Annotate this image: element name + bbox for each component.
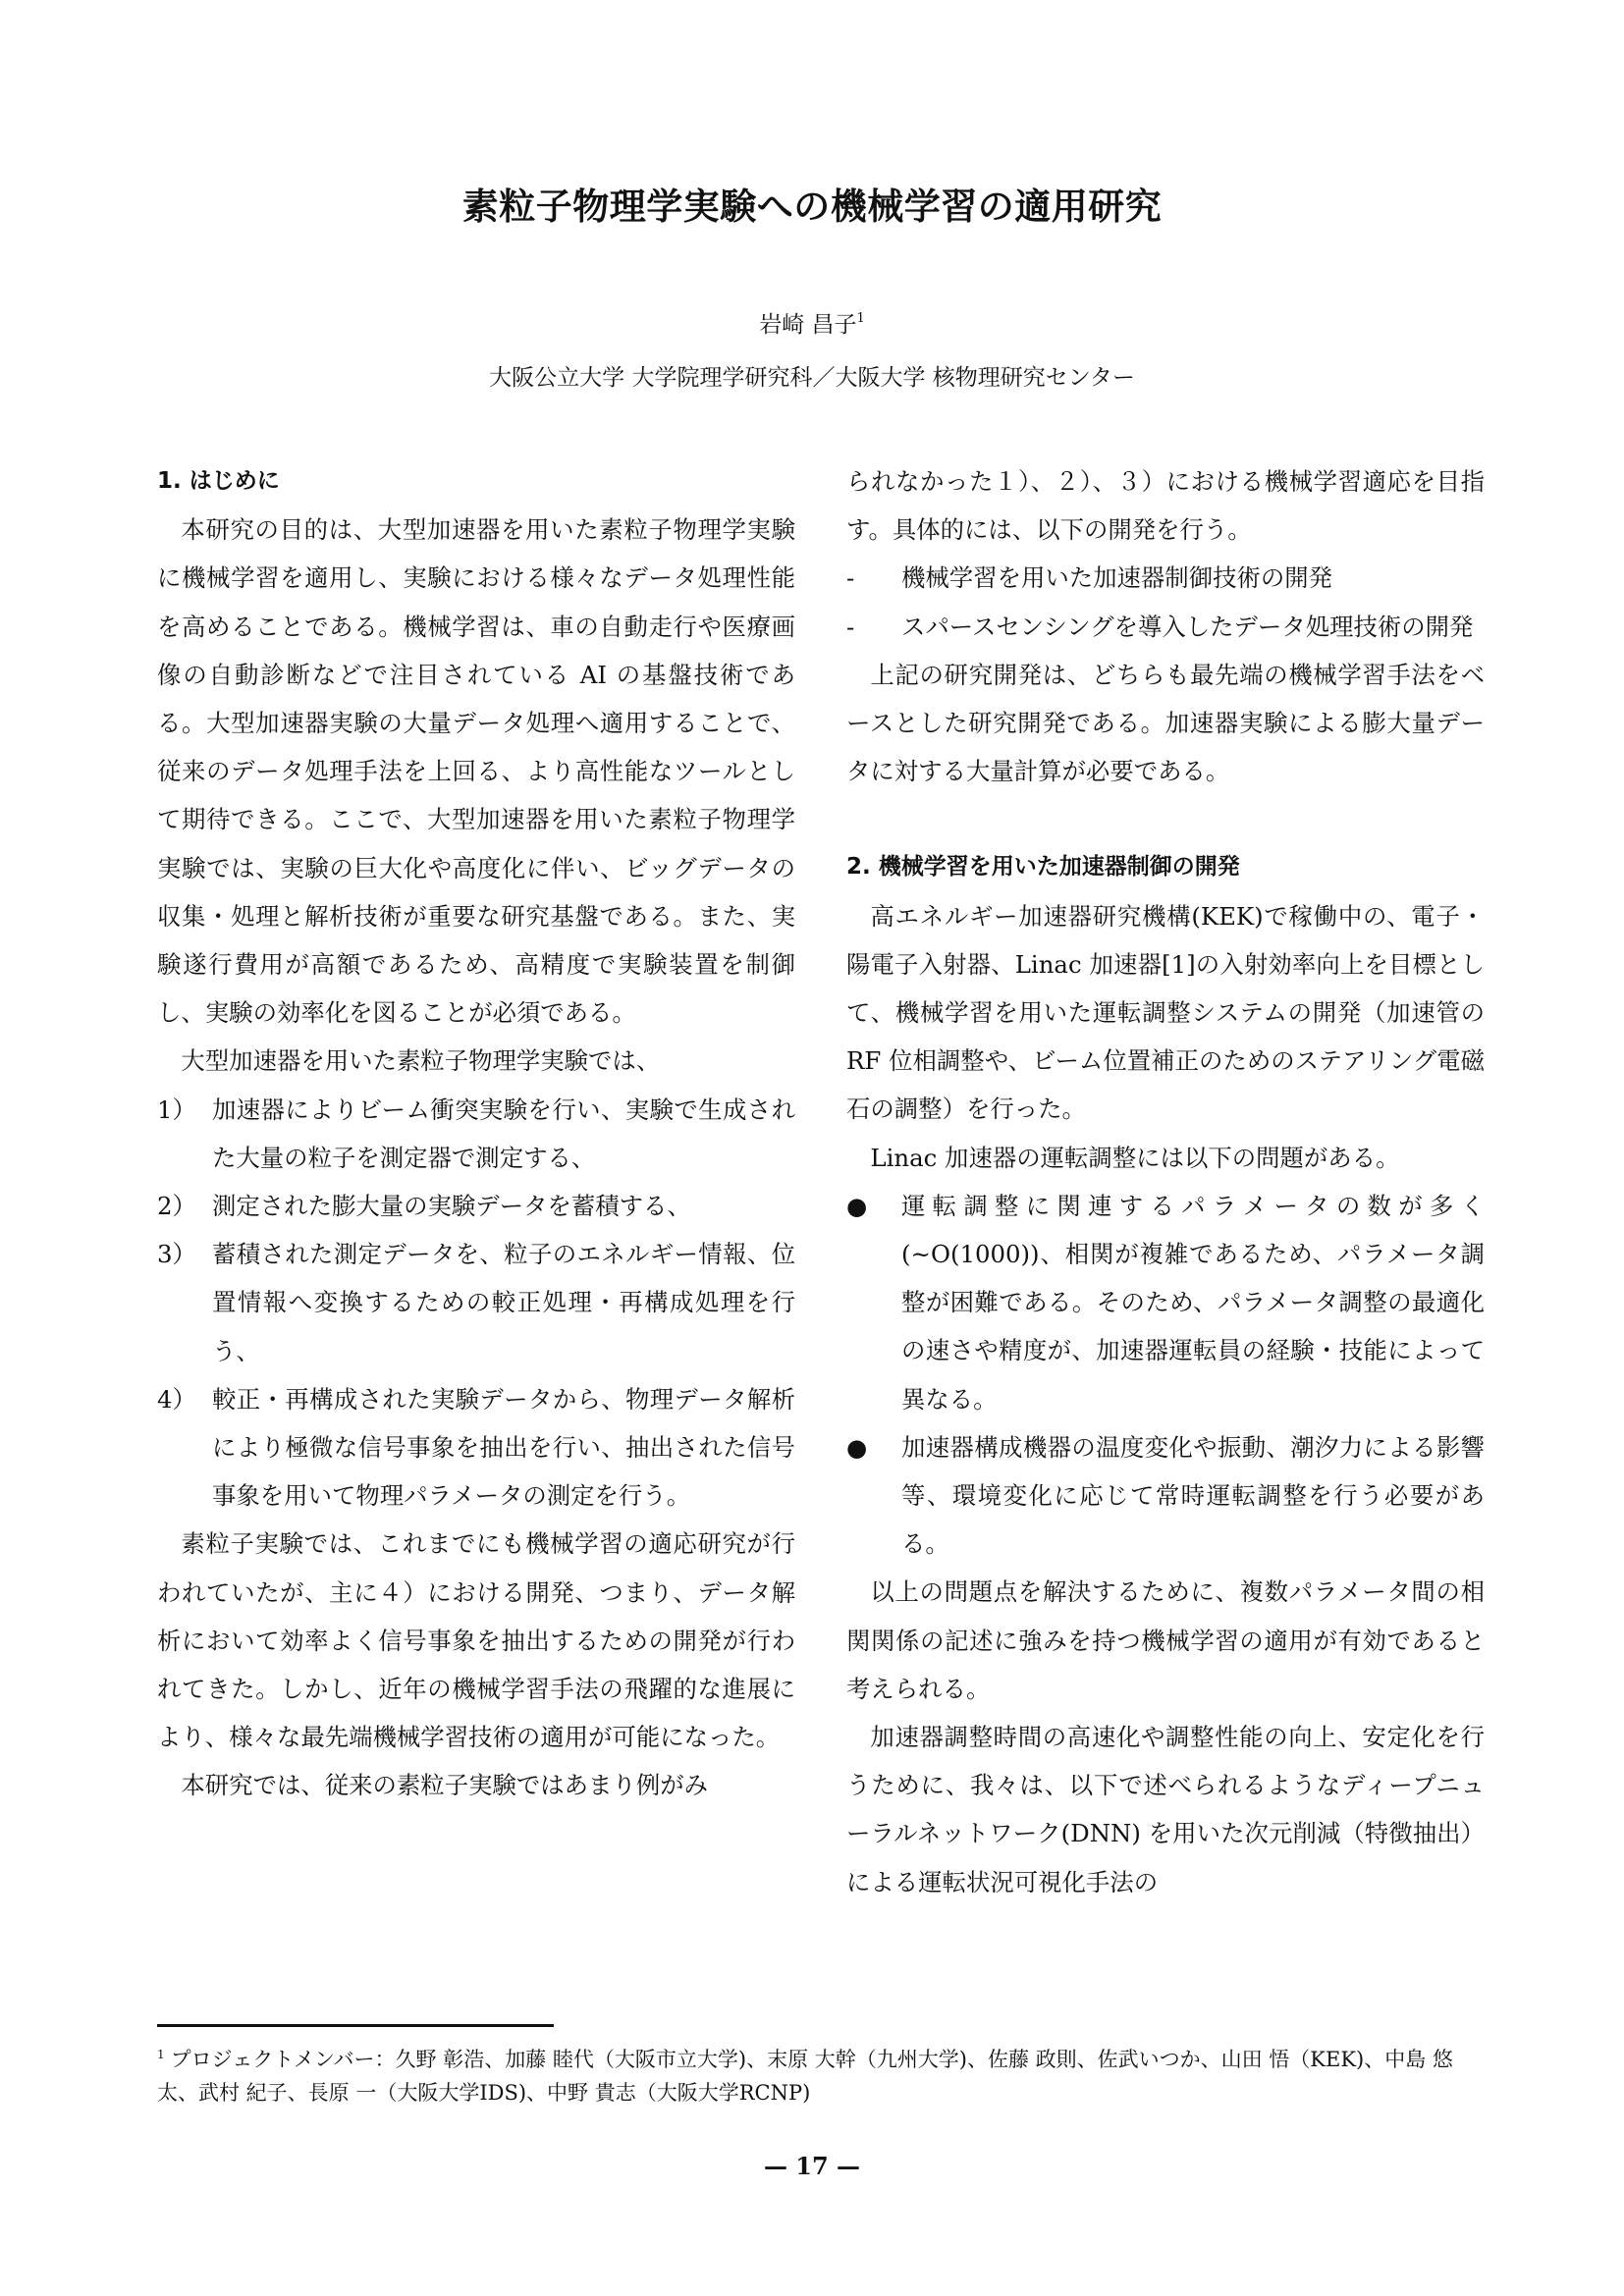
section-2-paragraph-4: 加速器調整時間の高速化や調整性能の向上、安定化を行うために、我々は、以下で述べら… [846,1713,1485,1906]
item-text: 蓄積された測定データを、粒子のエネルギー情報、位置情報へ変換するための較正処理・… [212,1230,795,1375]
section-2-paragraph-1: 高エネルギー加速器研究機構(KEK)で稼働中の、電子・陽電子入射器、Linac … [846,892,1485,1134]
footnote: 1プロジェクトメンバー：久野 彰浩、加藤 睦代（大阪市立大学)、末原 大幹（九州… [157,2038,1463,2109]
item-number: 4） [157,1375,212,1521]
numbered-item: 2） 測定された膨大量の実験データを蓄積する、 [157,1182,795,1230]
item-text: スパースセンシングを導入したデータ処理技術の開発 [901,603,1485,651]
summary-paragraph: 上記の研究開発は、どちらも最先端の機械学習手法をベースとした研究開発である。加速… [846,651,1485,796]
item-number: 1） [157,1086,212,1182]
section-1-paragraph-2: 大型加速器を用いた素粒子物理学実験では、 [157,1037,795,1085]
bullet-list-item: ● 加速器構成機器の温度変化や振動、潮汐力による影響等、環境変化に応じて常時運転… [846,1423,1485,1569]
footnote-mark: 1 [157,2048,165,2061]
section-1-heading: 1. はじめに [157,457,795,506]
footnote-text: プロジェクトメンバー：久野 彰浩、加藤 睦代（大阪市立大学)、末原 大幹（九州大… [157,2048,1453,2105]
dash-list-item: - スパースセンシングを導入したデータ処理技術の開発 [846,603,1485,651]
page-number: — 17 — [0,2152,1624,2180]
footnote-divider [157,2024,554,2027]
item-text: 加速器によりビーム衝突実験を行い、実験で生成された大量の粒子を測定器で測定する、 [212,1086,795,1182]
numbered-item: 4） 較正・再構成された実験データから、物理データ解析により極微な信号事象を抽出… [157,1375,795,1521]
left-column: 1. はじめに 本研究の目的は、大型加速器を用いた素粒子物理学実験に機械学習を適… [157,457,795,1810]
author-name: 岩崎 昌子 [759,312,856,338]
item-number: 3） [157,1230,212,1375]
item-text: 機械学習を用いた加速器制御技術の開発 [901,554,1485,602]
paper-title: 素粒子物理学実験への機械学習の適用研究 [0,177,1624,230]
item-text: 運転調整に関連するパラメータの数が多く(~O(1000))、相関が複雑であるため… [901,1182,1485,1423]
numbered-item: 1） 加速器によりビーム衝突実験を行い、実験で生成された大量の粒子を測定器で測定… [157,1086,795,1182]
section-2-paragraph-2: Linac 加速器の運転調整には以下の問題がある。 [846,1134,1485,1182]
section-2-heading: 2. 機械学習を用いた加速器制御の開発 [846,843,1485,891]
section-2-paragraph-3: 以上の問題点を解決するために、複数パラメータ間の相関関係の記述に強みを持つ機械学… [846,1568,1485,1713]
author-footnote-mark: 1 [857,311,865,326]
item-text: 較正・再構成された実験データから、物理データ解析により極微な信号事象を抽出を行い… [212,1375,795,1521]
item-text: 加速器構成機器の温度変化や振動、潮汐力による影響等、環境変化に応じて常時運転調整… [901,1423,1485,1569]
section-1-paragraph-3: 素粒子実験では、これまでにも機械学習の適応研究が行われていたが、主に４）における… [157,1520,795,1761]
bullet-list-item: ● 運転調整に関連するパラメータの数が多く(~O(1000))、相関が複雑である… [846,1182,1485,1423]
right-column: られなかった１）、２）、３）における機械学習適応を目指す。具体的には、以下の開発… [846,457,1485,1906]
bullet-icon: ● [846,1182,901,1423]
item-number: 2） [157,1182,212,1230]
section-spacer [846,795,1485,843]
section-1-paragraph-continued: られなかった１）、２）、３）における機械学習適応を目指す。具体的には、以下の開発… [846,457,1485,554]
section-1-paragraph-1: 本研究の目的は、大型加速器を用いた素粒子物理学実験に機械学習を適用し、実験におけ… [157,506,795,1037]
dash-marker: - [846,603,901,651]
section-1-paragraph-4: 本研究では、従来の素粒子実験ではあまり例がみ [157,1761,795,1809]
numbered-item: 3） 蓄積された測定データを、粒子のエネルギー情報、位置情報へ変換するための較正… [157,1230,795,1375]
dash-marker: - [846,554,901,602]
author-line: 岩崎 昌子1 [0,306,1624,339]
dash-list-item: - 機械学習を用いた加速器制御技術の開発 [846,554,1485,602]
item-text: 測定された膨大量の実験データを蓄積する、 [212,1182,795,1230]
affiliation: 大阪公立大学 大学院理学研究科／大阪大学 核物理研究センター [0,359,1624,392]
bullet-icon: ● [846,1423,901,1569]
